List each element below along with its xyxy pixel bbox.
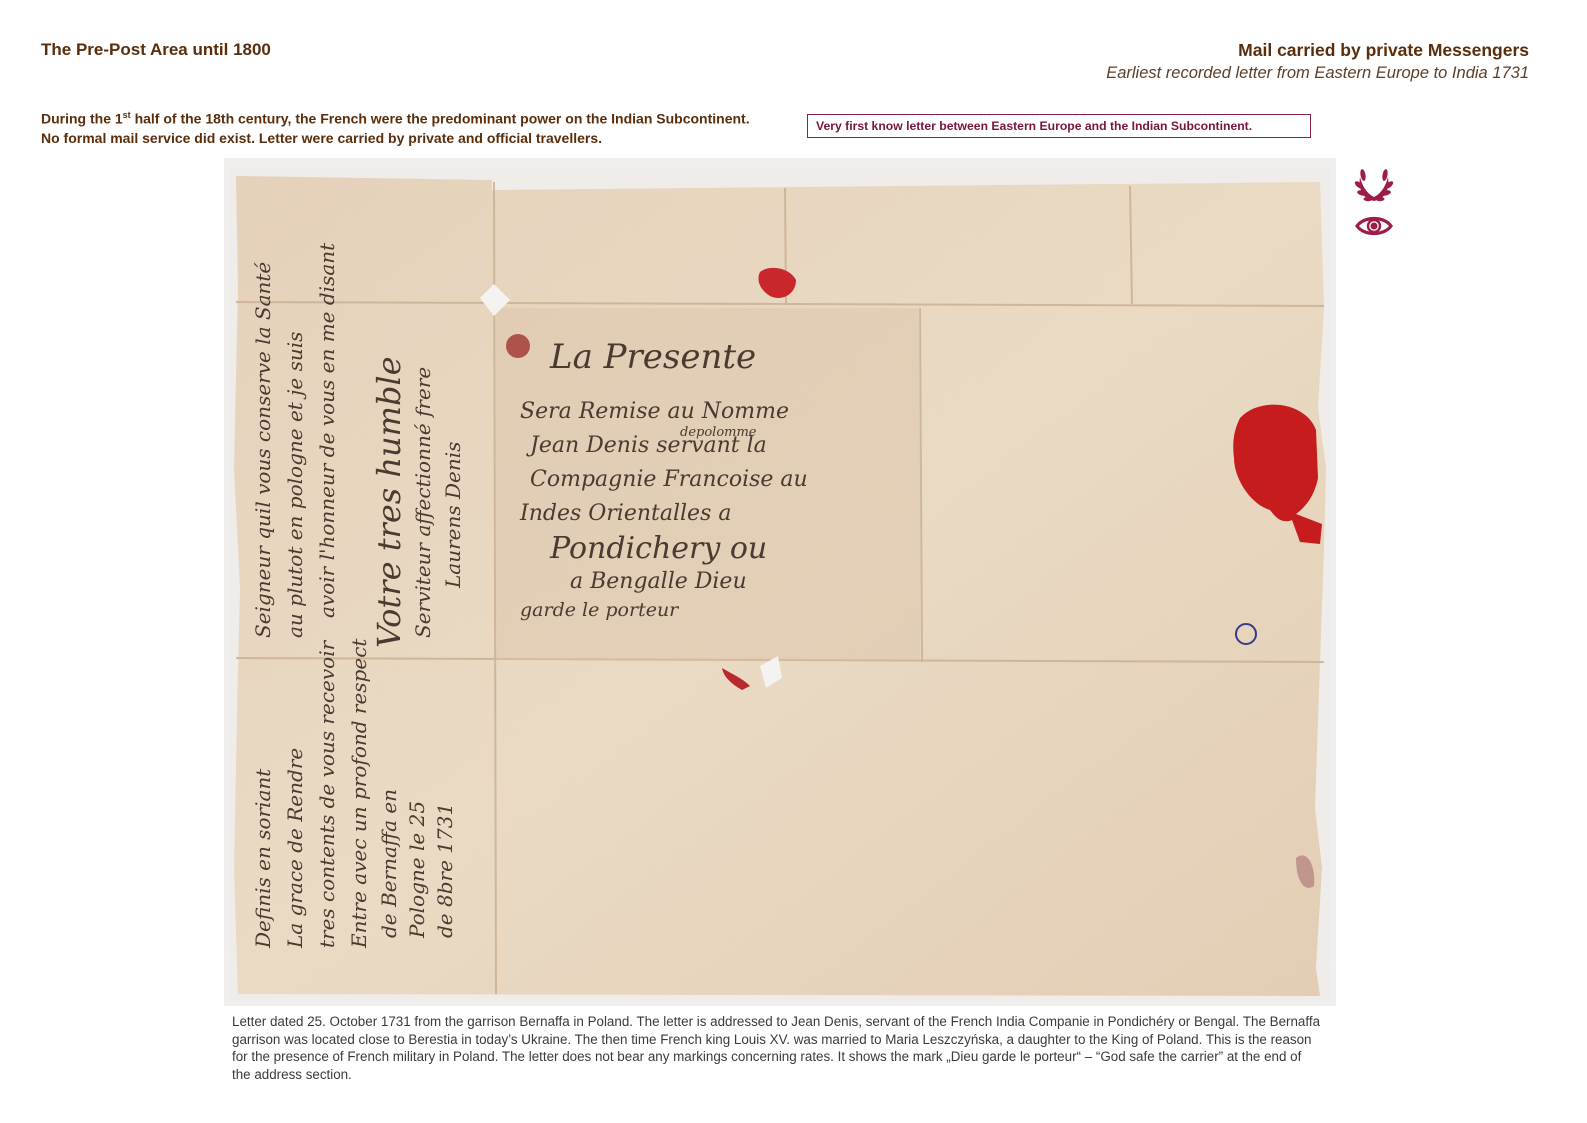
svg-text:Pologne le 25: Pologne le 25: [405, 801, 429, 939]
svg-text:Compagnie Francoise au: Compagnie Francoise au: [530, 467, 808, 492]
svg-text:Definis en soriant: Definis en soriant: [251, 768, 275, 949]
svg-text:Entre avec un profond respect: Entre avec un profond respect: [347, 638, 371, 949]
svg-text:Votre tres humble: Votre tres humble: [370, 356, 408, 648]
page-subtitle: Earliest recorded letter from Eastern Eu…: [1106, 64, 1529, 83]
svg-text:Jean Denis servant la: Jean Denis servant la: [526, 433, 767, 458]
svg-text:Sera Remise au Nomme: Sera Remise au Nomme: [520, 399, 789, 424]
svg-text:tres contents de vous recevoir: tres contents de vous recevoir: [315, 639, 339, 948]
intro-paragraph: During the 1st half of the 18th century,…: [41, 106, 771, 148]
svg-text:La Presente: La Presente: [549, 337, 756, 377]
laurel-wreath-icon: [1354, 165, 1394, 205]
eye-icon: [1354, 213, 1394, 239]
icon-column: [1354, 165, 1394, 247]
letter-caption: Letter dated 25. October 1731 from the g…: [232, 1013, 1322, 1083]
svg-text:Indes Orientalles a: Indes Orientalles a: [519, 501, 731, 526]
svg-text:Serviteur affectionné frere: Serviteur affectionné frere: [411, 367, 435, 638]
intro-text-start: During the 1: [41, 111, 123, 127]
svg-text:au plutot en pologne et je sui: au plutot en pologne et je suis: [283, 332, 307, 638]
highlight-note: Very first know letter between Eastern E…: [807, 114, 1311, 138]
intro-text-rest: half of the 18th century, the French wer…: [41, 111, 750, 146]
letter-image: La Presente Sera Remise au Nomme depolom…: [230, 168, 1330, 1002]
svg-text:a Bengalle Dieu: a Bengalle Dieu: [570, 569, 747, 594]
intro-superscript: st: [123, 110, 131, 120]
svg-text:Seigneur quil vous conserve la: Seigneur quil vous conserve la Santé: [251, 262, 275, 638]
svg-text:La grace de Rendre: La grace de Rendre: [283, 748, 307, 949]
letter-scan: La Presente Sera Remise au Nomme depolom…: [224, 158, 1336, 1006]
page-title: Mail carried by private Messengers: [1106, 40, 1529, 61]
svg-text:de 8bre 1731: de 8bre 1731: [433, 803, 457, 938]
svg-text:de Bernaffa en: de Bernaffa en: [377, 789, 401, 938]
svg-text:avoir l'honneur de vous en me: avoir l'honneur de vous en me disant: [315, 242, 339, 618]
page-header: Mail carried by private Messengers Earli…: [1106, 40, 1529, 83]
section-title: The Pre-Post Area until 1800: [41, 40, 271, 60]
svg-text:Pondichery ou: Pondichery ou: [549, 531, 767, 566]
svg-text:garde le porteur: garde le porteur: [520, 599, 680, 621]
svg-text:Laurens Denis: Laurens Denis: [441, 442, 465, 589]
